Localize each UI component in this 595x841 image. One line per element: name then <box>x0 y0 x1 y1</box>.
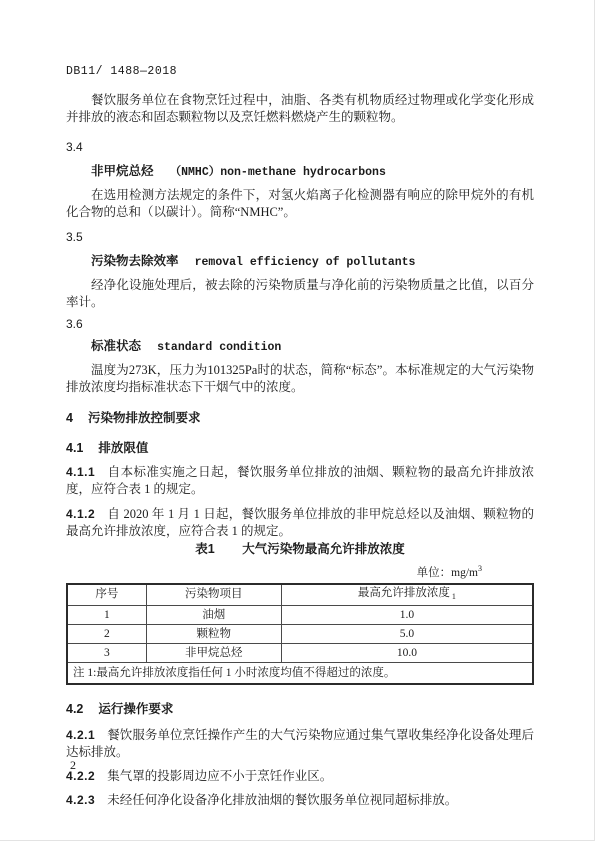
section-4-1-number: 4.1 <box>66 441 83 455</box>
clause-4-2-3-text: 未经任何净化设备净化排放油烟的餐饮服务单位视同超标排放。 <box>107 793 457 807</box>
cell-pollutant: 油烟 <box>146 606 281 625</box>
table-1-label: 表1 <box>195 542 214 556</box>
unit-label: 单位：mg/m <box>417 567 478 579</box>
section-4-2-number: 4.2 <box>66 702 83 716</box>
section-4-1-heading: 4.1排放限值 <box>66 440 534 457</box>
section-4-2-heading: 4.2运行操作要求 <box>66 701 534 718</box>
section-4-title: 污染物排放控制要求 <box>88 411 201 425</box>
table-1: 序号 污染物项目 最高允许排放浓度1 1 油烟 1.0 2 颗粒物 5.0 3 … <box>66 583 534 685</box>
document-page: DB11/ 1488—2018 餐饮服务单位在食物烹饪过程中，油脂、各类有机物质… <box>0 0 595 841</box>
clause-4-2-3-number: 4.2.3 <box>66 793 95 807</box>
header-cell-index: 序号 <box>67 584 146 606</box>
intro-paragraph: 餐饮服务单位在食物烹饪过程中，油脂、各类有机物质经过物理或化学变化形成并排放的液… <box>66 92 534 126</box>
term-3-5: 污染物去除效率removal efficiency of pollutants <box>66 253 534 271</box>
cell-pollutant: 颗粒物 <box>146 625 281 644</box>
header-limit-text: 最高允许排放浓度 <box>358 587 450 599</box>
clause-3-6-number: 3.6 <box>66 316 534 333</box>
clause-4-1-2: 4.1.2自 2020 年 1 月 1 日起，餐饮服务单位排放的非甲烷总烃以及油… <box>66 506 534 540</box>
section-4-number: 4 <box>66 411 73 425</box>
doc-code-header: DB11/ 1488—2018 <box>66 63 534 80</box>
clause-4-1-2-text: 自 2020 年 1 月 1 日起，餐饮服务单位排放的非甲烷总烃以及油烟、颗粒物… <box>66 507 534 538</box>
term-3-5-en: removal efficiency of pollutants <box>195 256 416 269</box>
definition-3-4: 在选用检测方法规定的条件下，对氢火焰离子化检测器有响应的除甲烷外的有机化合物的总… <box>66 187 534 221</box>
term-3-4: 非甲烷总烃（NMHC）non-methane hydrocarbons <box>66 163 534 181</box>
table-row: 1 油烟 1.0 <box>67 606 533 625</box>
cell-pollutant: 非甲烷总烃 <box>146 644 281 663</box>
definition-3-5: 经净化设施处理后，被去除的污染物质量与净化前的污染物质量之比值，以百分率计。 <box>66 277 534 311</box>
cell-index: 3 <box>67 644 146 663</box>
table-row: 3 非甲烷总烃 10.0 <box>67 644 533 663</box>
table-header-row: 序号 污染物项目 最高允许排放浓度1 <box>67 584 533 606</box>
table-1-caption: 大气污染物最高允许排放浓度 <box>242 542 405 556</box>
clause-4-1-1-number: 4.1.1 <box>66 465 95 479</box>
definition-3-6: 温度为273K，压力为101325Pa时的状态，简称“标态”。本标准规定的大气污… <box>66 362 534 396</box>
section-4-2-title: 运行操作要求 <box>98 702 173 716</box>
cell-index: 2 <box>67 625 146 644</box>
clause-4-1-1-text: 自本标准实施之日起，餐饮服务单位排放的油烟、颗粒物的最高允许排放浓度，应符合表 … <box>66 465 534 496</box>
header-cell-limit: 最高允许排放浓度1 <box>281 584 533 606</box>
section-4-heading: 4污染物排放控制要求 <box>66 410 534 427</box>
cell-limit: 5.0 <box>281 625 533 644</box>
unit-superscript: 3 <box>478 564 482 573</box>
clause-3-4-number: 3.4 <box>66 139 534 156</box>
cell-limit: 1.0 <box>281 606 533 625</box>
clause-4-2-2-text: 集气罩的投影周边应不小于烹饪作业区。 <box>107 769 332 783</box>
term-3-4-cn: 非甲烷总烃 <box>91 164 154 178</box>
header-cell-pollutant: 污染物项目 <box>146 584 281 606</box>
header-limit-footnote-mark: 1 <box>452 592 456 601</box>
term-3-4-en: （NMHC）non-methane hydrocarbons <box>170 166 386 179</box>
table-row: 2 颗粒物 5.0 <box>67 625 533 644</box>
term-3-6-en: standard condition <box>157 341 281 354</box>
clause-4-1-2-number: 4.1.2 <box>66 507 95 521</box>
page-number: 2 <box>70 757 76 774</box>
clause-4-2-3: 4.2.3未经任何净化设备净化排放油烟的餐饮服务单位视同超标排放。 <box>66 792 534 809</box>
clause-4-2-2: 4.2.2集气罩的投影周边应不小于烹饪作业区。 <box>66 768 534 785</box>
clause-4-1-1: 4.1.1自本标准实施之日起，餐饮服务单位排放的油烟、颗粒物的最高允许排放浓度，… <box>66 464 534 498</box>
cell-index: 1 <box>67 606 146 625</box>
clause-3-5-number: 3.5 <box>66 229 534 246</box>
term-3-6: 标准状态standard condition <box>66 338 534 356</box>
clause-4-2-1: 4.2.1餐饮服务单位烹饪操作产生的大气污染物应通过集气罩收集经净化设备处理后达… <box>66 727 534 761</box>
cell-limit: 10.0 <box>281 644 533 663</box>
section-4-1-title: 排放限值 <box>98 441 148 455</box>
clause-4-2-1-number: 4.2.1 <box>66 728 95 742</box>
term-3-5-cn: 污染物去除效率 <box>91 254 179 268</box>
clause-4-2-1-text: 餐饮服务单位烹饪操作产生的大气污染物应通过集气罩收集经净化设备处理后达标排放。 <box>66 728 534 759</box>
term-3-6-cn: 标准状态 <box>91 339 141 353</box>
table-note: 注 1:最高允许排放浓度指任何 1 小时浓度均值不得超过的浓度。 <box>67 663 533 685</box>
table-1-unit: 单位：mg/m3 <box>66 561 534 581</box>
table-note-row: 注 1:最高允许排放浓度指任何 1 小时浓度均值不得超过的浓度。 <box>67 663 533 685</box>
table-1-title: 表1大气污染物最高允许排放浓度 <box>66 541 534 558</box>
